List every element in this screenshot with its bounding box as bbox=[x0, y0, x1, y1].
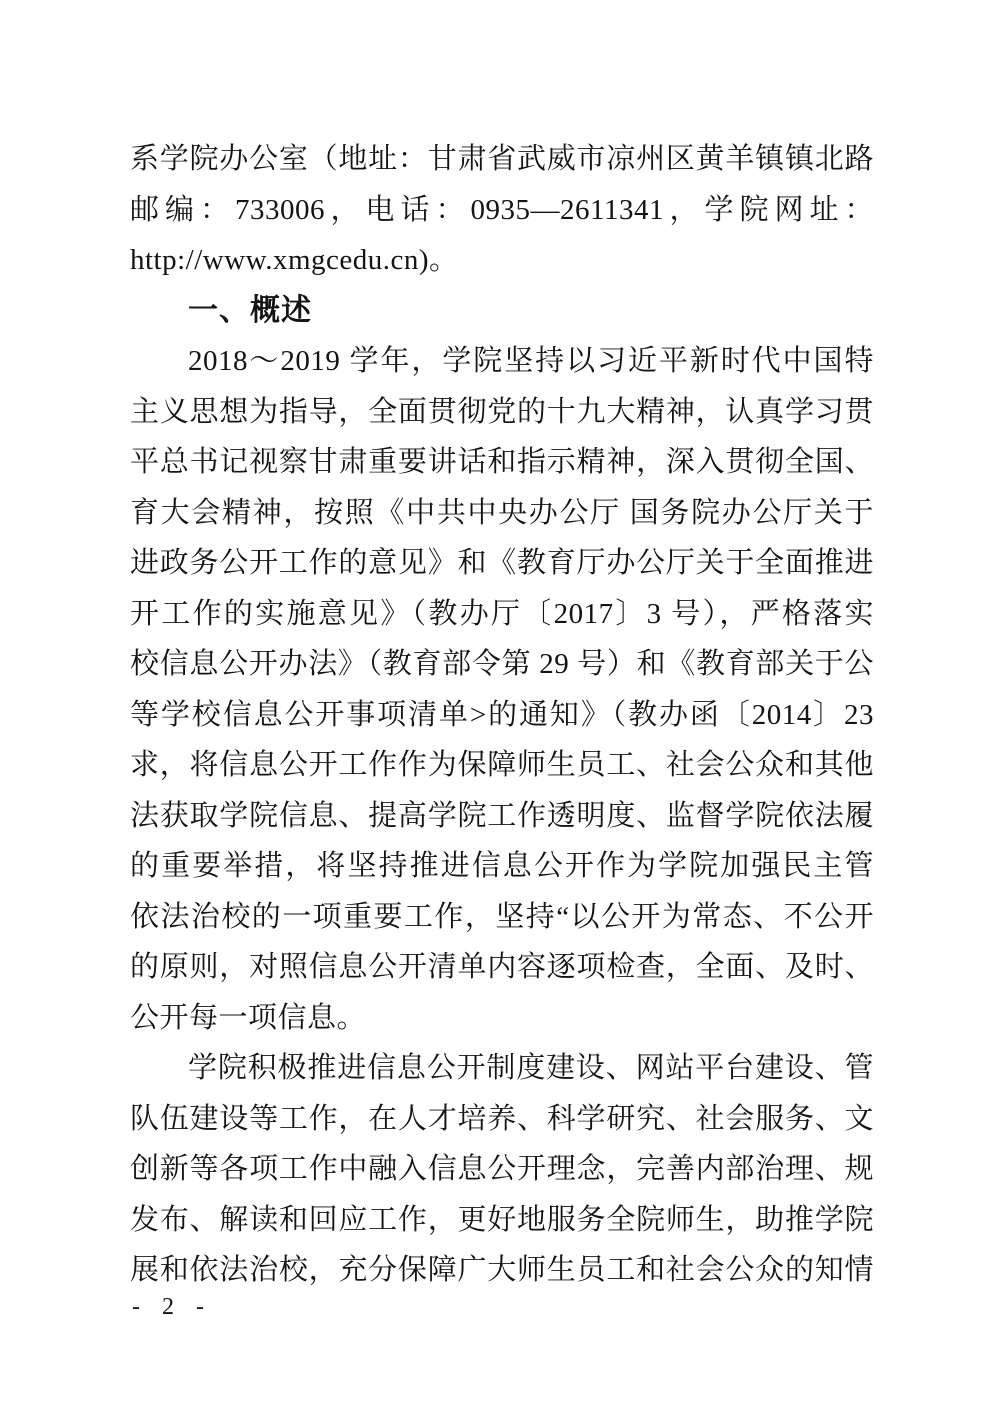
document-line: 学院积极推进信息公开制度建设、网站平台建设、管理干部 bbox=[130, 1043, 874, 1094]
document-line: 等学校信息公开事项清单>的通知》（教办函〔2014〕23 号）要 bbox=[130, 690, 874, 741]
document-line: 依法治校的一项重要工作，坚持“以公开为常态、不公开为例外” bbox=[130, 892, 874, 943]
document-line: 求，将信息公开工作作为保障师生员工、社会公众和其他组织依 bbox=[130, 740, 874, 791]
document-line: 邮编：733006，电话：0935—2611341，学院网址： bbox=[130, 185, 874, 236]
document-line: 2018～2019 学年，学院坚持以习近平新时代中国特色社会 bbox=[130, 336, 874, 387]
document-line: 发布、解读和回应工作，更好地服务全院师生，助推学院改革发 bbox=[130, 1195, 874, 1246]
document-line: 展和依法治校，充分保障广大师生员工和社会公众的知情权、参 bbox=[130, 1245, 874, 1296]
document-line: 系学院办公室（地址：甘肃省武威市凉州区黄羊镇镇北路 6 号， bbox=[130, 134, 874, 185]
document-line: 校信息公开办法》（教育部令第 29 号）和《教育部关于公布<高 bbox=[130, 639, 874, 690]
document-line: 平总书记视察甘肃重要讲话和指示精神，深入贯彻全国、全省教 bbox=[130, 437, 874, 488]
document-line: 创新等各项工作中融入信息公开理念，完善内部治理、规范信息 bbox=[130, 1144, 874, 1195]
document-page: 系学院办公室（地址：甘肃省武威市凉州区黄羊镇镇北路 6 号，邮编：733006，… bbox=[0, 0, 1000, 1414]
document-line: 法获取学院信息、提高学院工作透明度、监督学院依法履行职责 bbox=[130, 791, 874, 842]
document-line: 育大会精神，按照《中共中央办公厅 国务院办公厅关于全面推 bbox=[130, 488, 874, 539]
document-line: 主义思想为指导，全面贯彻党的十九大精神，认真学习贯彻习近 bbox=[130, 387, 874, 438]
document-line: http://www.xmgcedu.cn)。 bbox=[130, 235, 874, 286]
document-line: 公开每一项信息。 bbox=[130, 993, 874, 1044]
page-number: - 2 - bbox=[132, 1294, 212, 1321]
document-line: 的重要举措，将坚持推进信息公开作为学院加强民主管理、促进 bbox=[130, 841, 874, 892]
document-line: 进政务公开工作的意见》和《教育厅办公厅关于全面推进政务公 bbox=[130, 538, 874, 589]
document-body: 系学院办公室（地址：甘肃省武威市凉州区黄羊镇镇北路 6 号，邮编：733006，… bbox=[130, 134, 874, 1296]
section-heading: 一、概述 bbox=[130, 286, 874, 337]
document-line: 开工作的实施意见》（教办厅〔2017〕3 号），严格落实《高等学 bbox=[130, 589, 874, 640]
document-line: 队伍建设等工作，在人才培养、科学研究、社会服务、文化传承 bbox=[130, 1094, 874, 1145]
document-line: 的原则，对照信息公开清单内容逐项检查，全面、及时、准确地 bbox=[130, 942, 874, 993]
